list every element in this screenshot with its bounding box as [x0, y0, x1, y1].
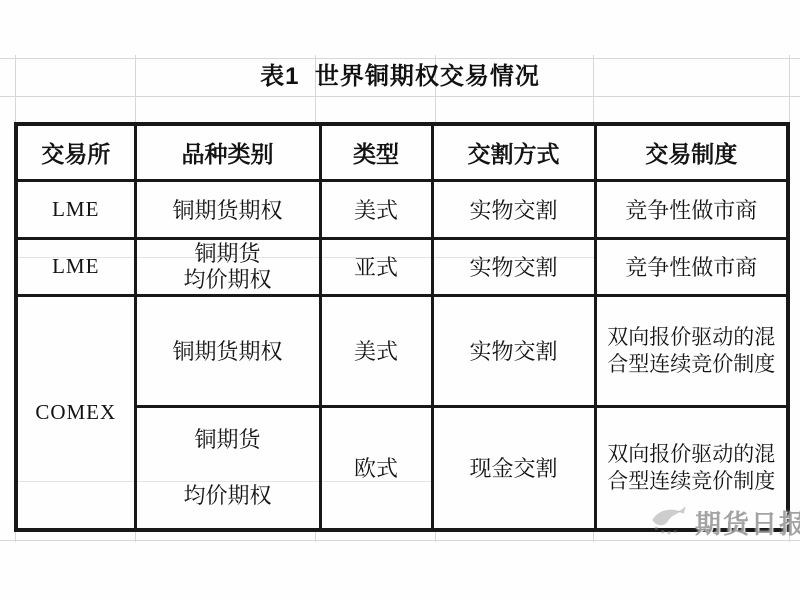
table-header-row: 交易所 品种类别 类型 交割方式 交易制度 [16, 124, 788, 180]
cell-exchange: LME [16, 238, 135, 295]
dove-logo-icon [648, 501, 690, 544]
cell-type: 欧式 [320, 406, 432, 530]
category-line-1: 铜期货 [137, 427, 319, 453]
article-image: 表1 世界铜期权交易情况 交易所 品种类别 类型 交割方式 交易制度 LME 铜… [0, 0, 800, 600]
category-line-2: 均价期权 [137, 483, 319, 509]
cell-exchange: LME [16, 180, 135, 238]
header-cell-category: 品种类别 [135, 124, 320, 180]
header-cell-exchange: 交易所 [16, 124, 135, 180]
category-line-2: 均价期权 [137, 267, 319, 293]
cell-category: 铜期货期权 [135, 295, 320, 406]
cell-category: 铜期货期权 [135, 180, 320, 238]
table-row: COMEX 铜期货期权 美式 实物交割 双向报价驱动的混合型连续竞价制度 [16, 295, 788, 406]
header-cell-system: 交易制度 [595, 124, 788, 180]
header-cell-delivery: 交割方式 [432, 124, 595, 180]
cell-category: 铜期货 均价期权 [135, 406, 320, 530]
table-row: LME 铜期货 均价期权 亚式 实物交割 竞争性做市商 [16, 238, 788, 295]
cell-type: 亚式 [320, 238, 432, 295]
copper-options-table: 交易所 品种类别 类型 交割方式 交易制度 LME 铜期货期权 美式 实物交割 … [14, 122, 790, 532]
cell-delivery: 实物交割 [432, 238, 595, 295]
system-text: 双向报价驱动的混合型连续竞价制度 [600, 324, 782, 378]
cell-delivery: 实物交割 [432, 295, 595, 406]
cell-type: 美式 [320, 180, 432, 238]
cell-system: 竞争性做市商 [595, 180, 788, 238]
watermark-text: 期货日报 [695, 504, 800, 541]
table-title: 表1 世界铜期权交易情况 [14, 58, 786, 96]
watermark: 期货日报 [648, 499, 800, 545]
system-text: 双向报价驱动的混合型连续竞价制度 [600, 441, 782, 495]
gridline-v [789, 55, 790, 122]
table-row: LME 铜期货期权 美式 实物交割 竞争性做市商 [16, 180, 788, 238]
cell-system: 双向报价驱动的混合型连续竞价制度 [595, 295, 788, 406]
cell-delivery: 现金交割 [432, 406, 595, 530]
category-line-1: 铜期货 [137, 241, 319, 267]
cell-exchange-merged: COMEX [16, 295, 135, 530]
gridline-h [0, 96, 800, 97]
cell-delivery: 实物交割 [432, 180, 595, 238]
cell-system: 竞争性做市商 [595, 238, 788, 295]
cell-category: 铜期货 均价期权 [135, 238, 320, 295]
header-cell-type: 类型 [320, 124, 432, 180]
cell-type: 美式 [320, 295, 432, 406]
